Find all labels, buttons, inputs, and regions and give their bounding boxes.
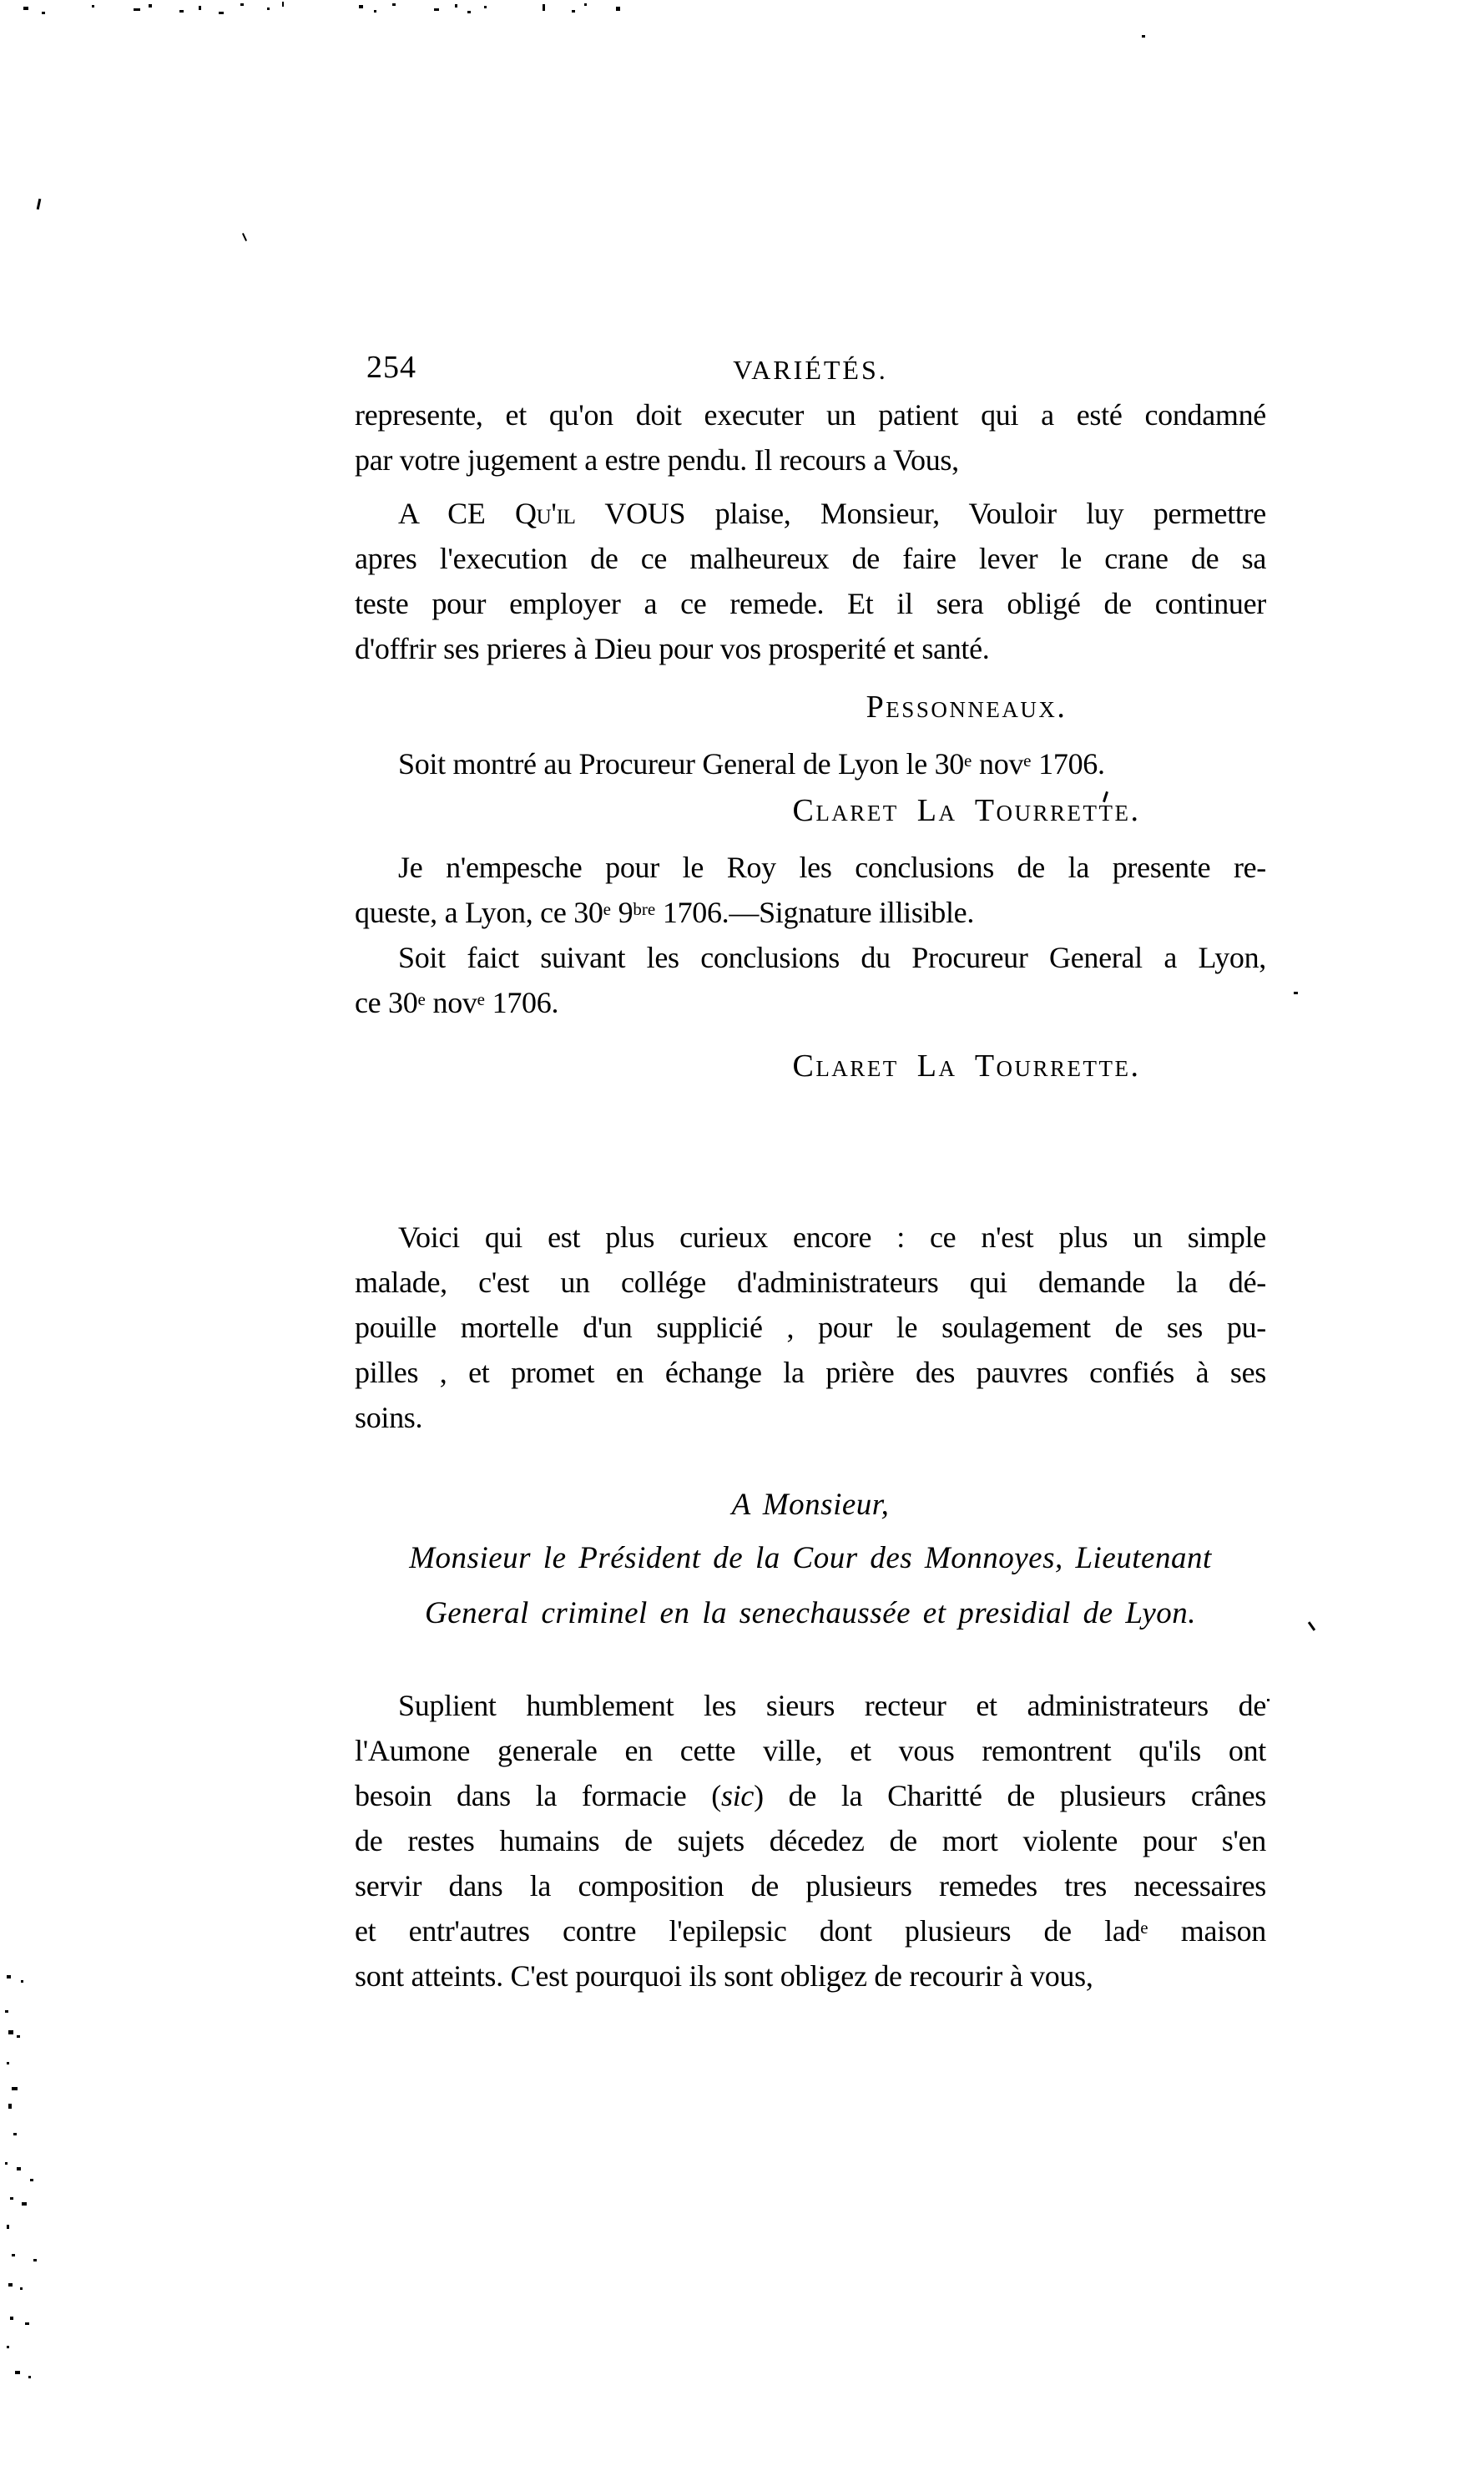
- text-segment: maison: [1148, 1914, 1266, 1948]
- scan-speck: [584, 3, 587, 6]
- scan-speck: [30, 2179, 33, 2181]
- text-segment: besoin dans la formacie (: [355, 1779, 721, 1812]
- scan-speck: [28, 2376, 31, 2378]
- scan-speck: [92, 5, 94, 8]
- scan-speck: [33, 2259, 37, 2261]
- paragraph-soit-montre: Soit montré au Procureur General de Lyon…: [355, 741, 1266, 786]
- scan-speck: [15, 2371, 20, 2374]
- scan-speck: [5, 2010, 8, 2013]
- text-line: l'Aumone generale en cette ville, et vou…: [355, 1728, 1266, 1773]
- text-segment: VOUS plaise, Monsieur, Vouloir luy perme…: [576, 497, 1266, 530]
- scan-speck: [5, 2162, 8, 2165]
- scan-speck: [219, 12, 224, 14]
- text-line: teste pour employer a ce remede. Et il s…: [355, 581, 1266, 626]
- superscript: e: [603, 899, 611, 919]
- scanned-page: 254 VARIÉTÉS. represente, et qu'on doit …: [0, 0, 1484, 2466]
- text-segment: ) de la Charitté de plusieurs crânes: [754, 1779, 1266, 1812]
- scan-speck: [12, 2254, 15, 2256]
- scan-speck: [7, 1975, 11, 1978]
- smallcaps-segment: u'il: [537, 497, 576, 530]
- scan-speck: [484, 6, 487, 8]
- paragraph-petition-end: represente, et qu'on doit executer un pa…: [355, 392, 1266, 483]
- scan-speck: [1308, 1621, 1315, 1631]
- scan-speck: [240, 3, 244, 6]
- text-line: et entr'autres contre l'epilepsic dont p…: [355, 1908, 1266, 1953]
- scan-speck: [199, 6, 201, 10]
- text-line: apres l'execution de ce malheureux de fa…: [355, 536, 1266, 581]
- scan-speck: [434, 8, 439, 11]
- superscript: e: [1140, 1918, 1148, 1938]
- text-line: represente, et qu'on doit executer un pa…: [355, 392, 1266, 437]
- text-segment: A CE Q: [398, 497, 537, 530]
- scan-speck: [392, 3, 396, 6]
- text-segment: Soit montré au Procureur General de Lyon…: [398, 747, 964, 781]
- scan-speck: [242, 233, 247, 241]
- paragraph-suplient: Suplient humblement les sieurs recteur e…: [355, 1683, 1266, 1999]
- paragraph-a-ce-quil: A CE Qu'il VOUS plaise, Monsieur, Vouloi…: [355, 491, 1266, 671]
- superscript: e: [417, 989, 425, 1009]
- text-line: pouille mortelle d'un supplicié , pour l…: [355, 1305, 1266, 1350]
- text-segment: queste, a Lyon, ce 30: [355, 896, 603, 929]
- scan-speck: [8, 2104, 12, 2109]
- scan-speck: [7, 2062, 9, 2064]
- scan-speck: [42, 12, 45, 14]
- text-segment: nov: [426, 986, 477, 1019]
- text-line: servir dans la composition de plusieurs …: [355, 1863, 1266, 1908]
- scan-speck: [8, 2283, 13, 2287]
- superscript: e: [477, 989, 485, 1009]
- scan-speck: [179, 10, 184, 13]
- scan-speck: [8, 2030, 13, 2034]
- scan-speck: [359, 5, 363, 8]
- text-block: 254 VARIÉTÉS. represente, et qu'on doit …: [355, 349, 1266, 1999]
- text-line: Suplient humblement les sieurs recteur e…: [355, 1683, 1266, 1728]
- scan-speck: [10, 2317, 13, 2320]
- scan-speck: [1294, 992, 1298, 994]
- text-line: Soit montré au Procureur General de Lyon…: [355, 741, 1266, 786]
- scan-speck: [22, 2202, 27, 2206]
- scan-speck: [467, 11, 471, 13]
- scan-speck: [374, 10, 376, 13]
- scan-speck: [267, 8, 270, 10]
- text-line: soins.: [355, 1395, 1266, 1440]
- scan-speck: [455, 4, 457, 8]
- scan-speck: [572, 10, 575, 13]
- scan-speck: [149, 4, 152, 8]
- text-segment: 1706.: [1031, 747, 1104, 781]
- scan-speck: [12, 2087, 18, 2090]
- paragraph-voici: Voici qui est plus curieux encore : ce n…: [355, 1215, 1266, 1440]
- text-line: queste, a Lyon, ce 30e 9bre 1706.—Signat…: [355, 890, 1266, 935]
- text-segment: ce 30: [355, 986, 417, 1019]
- scan-speck: [7, 2225, 9, 2229]
- text-line: besoin dans la formacie (sic) de la Char…: [355, 1773, 1266, 1818]
- scan-speck: [543, 4, 545, 11]
- paragraph-soit-faict: Soit faict suivant les conclusions du Pr…: [355, 935, 1266, 1025]
- scan-speck: [17, 2035, 20, 2038]
- superscript: bre: [633, 899, 655, 919]
- text-line: de restes humains de sujets décedez de m…: [355, 1818, 1266, 1863]
- running-title: VARIÉTÉS.: [733, 353, 888, 387]
- text-line: sont atteints. C'est pourquoi ils sont o…: [355, 1953, 1266, 1999]
- scan-speck: [10, 2197, 13, 2200]
- text-line: pilles , et promet en échange la prière …: [355, 1350, 1266, 1395]
- text-line: Je n'empesche pour le Roy les conclusion…: [355, 845, 1266, 890]
- text-segment: et entr'autres contre l'epilepsic dont p…: [355, 1914, 1140, 1948]
- text-segment: nov: [972, 747, 1023, 781]
- text-segment: 9: [611, 896, 633, 929]
- text-segment: 1706.: [485, 986, 558, 1019]
- address-line-a-monsieur: A Monsieur,: [355, 1483, 1266, 1528]
- page-header: 254 VARIÉTÉS.: [355, 349, 1266, 386]
- address-line-general: General criminel en la senechaussée et p…: [355, 1591, 1266, 1636]
- signature-claret-la-tourrette-1: Claret La Tourrette.: [355, 788, 1266, 833]
- superscript: e: [964, 750, 972, 771]
- italic-sic: sic: [721, 1779, 754, 1812]
- text-segment: 1706.—Signature illisible.: [655, 896, 974, 929]
- scan-speck: [13, 2133, 17, 2135]
- signature-pessonneaux: Pessonneaux.: [355, 685, 1266, 730]
- text-line: Soit faict suivant les conclusions du Pr…: [355, 935, 1266, 980]
- text-line: ce 30e nove 1706.: [355, 980, 1266, 1025]
- text-line: malade, c'est un collége d'administrateu…: [355, 1260, 1266, 1305]
- scan-speck: [1142, 35, 1145, 38]
- scan-speck: [23, 7, 28, 10]
- signature-claret-la-tourrette-2: Claret La Tourrette.: [355, 1044, 1266, 1089]
- scan-speck: [1267, 1699, 1269, 1701]
- text-line: A CE Qu'il VOUS plaise, Monsieur, Vouloi…: [355, 491, 1266, 536]
- address-line-president: Monsieur le Président de la Cour des Mon…: [355, 1536, 1266, 1581]
- scan-speck: [25, 2322, 29, 2325]
- scan-speck: [7, 2346, 9, 2348]
- paragraph-je-nempesche: Je n'empesche pour le Roy les conclusion…: [355, 845, 1266, 935]
- scan-speck: [616, 7, 620, 11]
- scan-speck: [20, 2287, 23, 2290]
- scan-speck: [17, 2167, 21, 2170]
- page-number: 254: [366, 349, 416, 386]
- scan-speck: [21, 1980, 23, 1983]
- scan-speck: [282, 2, 284, 7]
- scan-speck: [37, 199, 42, 210]
- text-line: par votre jugement a estre pendu. Il rec…: [355, 437, 1266, 483]
- text-line: d'offrir ses prieres à Dieu pour vos pro…: [355, 626, 1266, 671]
- text-line: Voici qui est plus curieux encore : ce n…: [355, 1215, 1266, 1260]
- scan-speck: [134, 8, 140, 11]
